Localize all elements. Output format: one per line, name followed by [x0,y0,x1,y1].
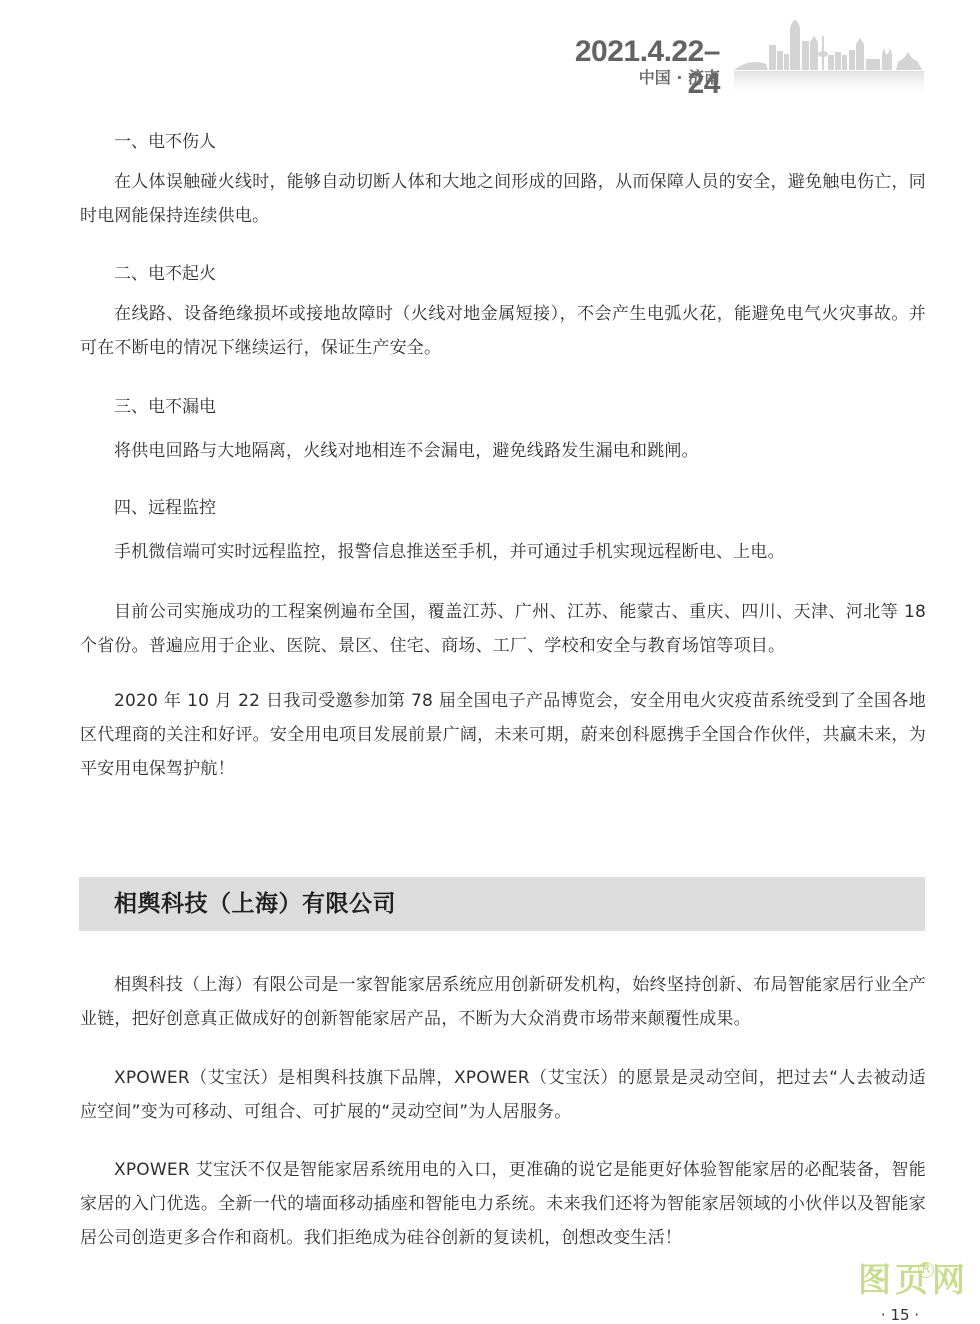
cases-paragraph: 目前公司实施成功的工程案例遍布全国，覆盖江苏、广州、江苏、能蒙古、重庆、四川、天… [80,595,926,663]
feature-body-1: 在人体误触碰火线时，能够自动切断人体和大地之间形成的回路，从而保障人员的安全，避… [80,165,926,233]
page-number: · 15 · [870,1306,930,1324]
feature-heading-4: 四、远程监控 [114,493,216,523]
company-section-header: 相舆科技（上海）有限公司 [79,877,925,931]
watermark-logo: 图页网 [858,1262,969,1298]
expo-paragraph: 2020 年 10 月 22 日我司受邀参加第 78 届全国电子产品博览会，安全… [80,684,926,786]
company-title: 相舆科技（上海）有限公司 [114,888,396,920]
feature-heading-2: 二、电不起火 [114,259,216,289]
registered-mark-icon: R [918,1262,934,1278]
feature-body-4: 手机微信端可实时远程监控，报警信息推送至手机，并可通过手机实现远程断电、上电。 [80,535,926,569]
feature-body-2: 在线路、设备绝缘损坏或接地故障时（火线对地金属短接），不会产生电弧火花，能避免电… [80,297,926,365]
page-header: 2021.4.22–24 中国 · 济南 [0,0,980,110]
feature-heading-1: 一、电不伤人 [114,127,216,157]
feature-body-3: 将供电回路与大地隔离，火线对地相连不会漏电，避免线路发生漏电和跳闸。 [80,434,926,468]
company-paragraph-1: 相舆科技（上海）有限公司是一家智能家居系统应用创新研发机构，始终坚持创新、布局智… [80,968,926,1036]
feature-heading-3: 三、电不漏电 [114,392,216,422]
city-skyline-icon [732,8,928,100]
event-location: 中国 · 济南 [548,68,720,88]
company-paragraph-3: XPOWER 艾宝沃不仅是智能家居系统用电的入口，更准确的说它是能更好体验智能家… [80,1153,926,1255]
company-paragraph-2: XPOWER（艾宝沃）是相舆科技旗下品牌，XPOWER（艾宝沃）的愿景是灵动空间… [80,1061,926,1129]
